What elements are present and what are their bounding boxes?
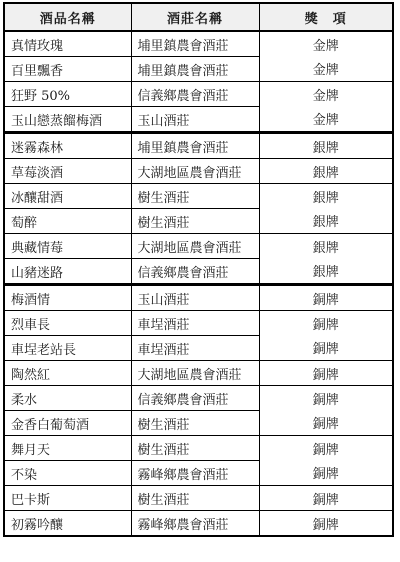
header-award: 獎 項 — [259, 3, 393, 31]
product-cell: 陶然紅 — [4, 361, 131, 386]
award-cell: 銅牌 — [259, 486, 393, 511]
award-cell: 銀牌 — [259, 234, 393, 259]
award-cell: 銅牌 — [259, 311, 393, 336]
award-cell: 金牌 — [259, 107, 393, 133]
table-row: 金香白葡萄酒 樹生酒莊 銅牌 — [4, 411, 393, 436]
table-row: 烈車長 車埕酒莊 銅牌 — [4, 311, 393, 336]
award-cell: 銀牌 — [259, 133, 393, 159]
table-row: 山豬迷路 信義鄉農會酒莊 銀牌 — [4, 259, 393, 285]
winery-cell: 信義鄉農會酒莊 — [131, 259, 259, 285]
winery-cell: 玉山酒莊 — [131, 107, 259, 133]
table-row: 真情玫瑰 埔里鎮農會酒莊 金牌 — [4, 31, 393, 57]
award-cell: 銅牌 — [259, 336, 393, 361]
award-cell: 金牌 — [259, 31, 393, 57]
winery-cell: 大湖地區農會酒莊 — [131, 234, 259, 259]
table-row: 冰釀甜酒 樹生酒莊 銀牌 — [4, 184, 393, 209]
product-cell: 初霧吟釀 — [4, 511, 131, 537]
winery-cell: 霧峰鄉農會酒莊 — [131, 461, 259, 486]
award-cell: 銅牌 — [259, 461, 393, 486]
wine-award-table: 酒品名稱 酒莊名稱 獎 項 真情玫瑰 埔里鎮農會酒莊 金牌 百里飄香 埔里鎮農會… — [3, 2, 394, 537]
table-row: 狂野 50% 信義鄉農會酒莊 金牌 — [4, 82, 393, 107]
header-row: 酒品名稱 酒莊名稱 獎 項 — [4, 3, 393, 31]
award-cell: 銅牌 — [259, 386, 393, 411]
document-page: 酒品名稱 酒莊名稱 獎 項 真情玫瑰 埔里鎮農會酒莊 金牌 百里飄香 埔里鎮農會… — [0, 0, 400, 562]
table-row: 不染 霧峰鄉農會酒莊 銅牌 — [4, 461, 393, 486]
award-cell: 銅牌 — [259, 436, 393, 461]
winery-cell: 車埕酒莊 — [131, 336, 259, 361]
table-row: 典藏情莓 大湖地區農會酒莊 銀牌 — [4, 234, 393, 259]
award-cell: 銅牌 — [259, 361, 393, 386]
table-row: 百里飄香 埔里鎮農會酒莊 金牌 — [4, 57, 393, 82]
award-cell: 銀牌 — [259, 259, 393, 285]
product-cell: 金香白葡萄酒 — [4, 411, 131, 436]
table-row: 萄醉 樹生酒莊 銀牌 — [4, 209, 393, 234]
winery-cell: 大湖地區農會酒莊 — [131, 361, 259, 386]
award-cell: 銅牌 — [259, 285, 393, 311]
winery-cell: 埔里鎮農會酒莊 — [131, 31, 259, 57]
winery-cell: 車埕酒莊 — [131, 311, 259, 336]
table-row: 柔水 信義鄉農會酒莊 銅牌 — [4, 386, 393, 411]
product-cell: 冰釀甜酒 — [4, 184, 131, 209]
product-cell: 山豬迷路 — [4, 259, 131, 285]
product-cell: 梅酒情 — [4, 285, 131, 311]
product-cell: 烈車長 — [4, 311, 131, 336]
product-cell: 狂野 50% — [4, 82, 131, 107]
product-cell: 百里飄香 — [4, 57, 131, 82]
product-cell: 玉山戀蒸餾梅酒 — [4, 107, 131, 133]
winery-cell: 霧峰鄉農會酒莊 — [131, 511, 259, 537]
winery-cell: 樹生酒莊 — [131, 411, 259, 436]
header-winery: 酒莊名稱 — [131, 3, 259, 31]
table-row: 迷霧森林 埔里鎮農會酒莊 銀牌 — [4, 133, 393, 159]
product-cell: 車埕老站長 — [4, 336, 131, 361]
table-row: 舞月天 樹生酒莊 銅牌 — [4, 436, 393, 461]
product-cell: 草莓淡酒 — [4, 159, 131, 184]
table-header: 酒品名稱 酒莊名稱 獎 項 — [4, 3, 393, 31]
product-cell: 典藏情莓 — [4, 234, 131, 259]
product-cell: 巴卡斯 — [4, 486, 131, 511]
table-row: 草莓淡酒 大湖地區農會酒莊 銀牌 — [4, 159, 393, 184]
table-row: 陶然紅 大湖地區農會酒莊 銅牌 — [4, 361, 393, 386]
winery-cell: 信義鄉農會酒莊 — [131, 386, 259, 411]
table-row: 巴卡斯 樹生酒莊 銅牌 — [4, 486, 393, 511]
winery-cell: 玉山酒莊 — [131, 285, 259, 311]
winery-cell: 樹生酒莊 — [131, 436, 259, 461]
winery-cell: 樹生酒莊 — [131, 486, 259, 511]
winery-cell: 埔里鎮農會酒莊 — [131, 133, 259, 159]
product-cell: 不染 — [4, 461, 131, 486]
table-body: 真情玫瑰 埔里鎮農會酒莊 金牌 百里飄香 埔里鎮農會酒莊 金牌 狂野 50% 信… — [4, 31, 393, 536]
header-product: 酒品名稱 — [4, 3, 131, 31]
product-cell: 舞月天 — [4, 436, 131, 461]
winery-cell: 樹生酒莊 — [131, 209, 259, 234]
award-cell: 銅牌 — [259, 411, 393, 436]
winery-cell: 埔里鎮農會酒莊 — [131, 57, 259, 82]
winery-cell: 樹生酒莊 — [131, 184, 259, 209]
product-cell: 萄醉 — [4, 209, 131, 234]
award-cell: 銀牌 — [259, 209, 393, 234]
product-cell: 迷霧森林 — [4, 133, 131, 159]
winery-cell: 信義鄉農會酒莊 — [131, 82, 259, 107]
winery-cell: 大湖地區農會酒莊 — [131, 159, 259, 184]
award-cell: 銀牌 — [259, 184, 393, 209]
award-cell: 銅牌 — [259, 511, 393, 537]
award-cell: 金牌 — [259, 82, 393, 107]
award-cell: 金牌 — [259, 57, 393, 82]
table-row: 玉山戀蒸餾梅酒 玉山酒莊 金牌 — [4, 107, 393, 133]
table-row: 初霧吟釀 霧峰鄉農會酒莊 銅牌 — [4, 511, 393, 537]
award-cell: 銀牌 — [259, 159, 393, 184]
table-row: 梅酒情 玉山酒莊 銅牌 — [4, 285, 393, 311]
product-cell: 柔水 — [4, 386, 131, 411]
product-cell: 真情玫瑰 — [4, 31, 131, 57]
table-row: 車埕老站長 車埕酒莊 銅牌 — [4, 336, 393, 361]
